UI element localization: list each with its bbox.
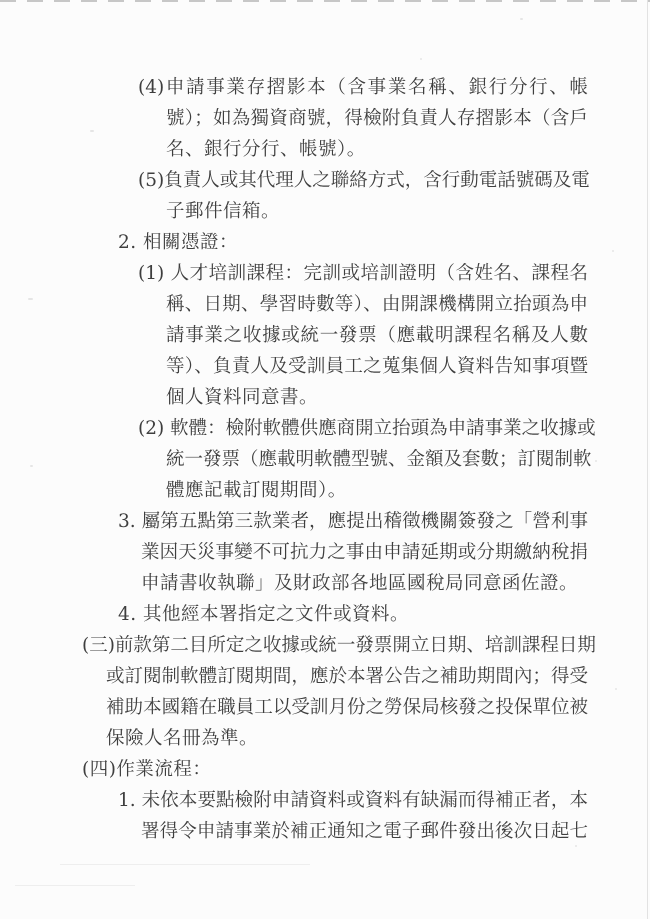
scan-speck bbox=[575, 845, 577, 847]
text-line: 4. 其他經本署指定之文件或資料。 bbox=[118, 599, 588, 630]
scan-speck bbox=[520, 18, 523, 20]
scan-speck bbox=[595, 460, 597, 462]
text-line: 等）、負責人及受訓員工之蒐集個人資料告知事項暨 bbox=[166, 351, 588, 382]
text-line: 補助本國籍在職員工以受訓月份之勞保局核發之投保單位被 bbox=[106, 692, 588, 723]
text-line: (1) 人才培訓課程：完訓或培訓證明（含姓名、課程名 bbox=[138, 258, 588, 289]
text-line: (三)前款第二目所定之收據或統一發票開立日期、培訓課程日期 bbox=[82, 630, 588, 661]
scan-speck bbox=[90, 130, 94, 132]
scan-speck bbox=[612, 250, 614, 252]
scanned-document-page: (4)申請事業存摺影本（含事業名稱、銀行分行、帳 號）；如為獨資商號，得檢附負責… bbox=[0, 0, 650, 919]
text-line: 署得令申請事業於補正通知之電子郵件發出後次日起七 bbox=[141, 816, 588, 847]
text-line: 業因天災事變不可抗力之事由申請延期或分期繳納稅捐 bbox=[141, 537, 588, 568]
text-line: 2. 相關憑證： bbox=[118, 227, 588, 258]
text-line: 統一發票（應載明軟體型號、金額及套數；訂閱制軟 bbox=[166, 444, 588, 475]
text-line: 稱、日期、學習時數等）、由開課機構開立抬頭為申 bbox=[166, 289, 588, 320]
text-line: 體應記載訂閱期間）。 bbox=[166, 475, 588, 506]
text-line: 1. 未依本要點檢附申請資料或資料有缺漏而得補正者，本 bbox=[118, 785, 588, 816]
text-line: 或訂閱制軟體訂閱期間，應於本署公告之補助期間內；得受 bbox=[106, 661, 588, 692]
text-line: 請事業之收據或統一發票（應載明課程名稱及人數 bbox=[166, 320, 588, 351]
scan-speck bbox=[420, 58, 422, 60]
text-line: 申請書收執聯」及財政部各地區國稅局同意函佐證。 bbox=[141, 568, 588, 599]
text-line: (5)負責人或其代理人之聯絡方式，含行動電話號碼及電 bbox=[138, 165, 588, 196]
text-line: 保險人名冊為準。 bbox=[106, 723, 588, 754]
text-line: 3. 屬第五點第三款業者，應提出稽徵機關簽發之「營利事 bbox=[118, 506, 588, 537]
document-body: (4)申請事業存摺影本（含事業名稱、銀行分行、帳 號）；如為獨資商號，得檢附負責… bbox=[0, 72, 650, 847]
text-line: 號）；如為獨資商號，得檢附負責人存摺影本（含戶 bbox=[166, 103, 588, 134]
scan-streak bbox=[60, 864, 310, 865]
scan-artifact-top-line bbox=[0, 0, 650, 2]
text-line: 子郵件信箱。 bbox=[166, 196, 588, 227]
text-line: 名、銀行分行、帳號）。 bbox=[166, 134, 588, 165]
text-line: (4)申請事業存摺影本（含事業名稱、銀行分行、帳 bbox=[138, 72, 588, 103]
scan-streak bbox=[15, 885, 135, 886]
text-line: 個人資料同意書。 bbox=[166, 382, 588, 413]
scan-speck bbox=[30, 465, 33, 467]
text-line: (四)作業流程： bbox=[82, 754, 588, 785]
scan-speck bbox=[615, 688, 617, 690]
scan-speck bbox=[28, 298, 33, 300]
text-line: (2) 軟體：檢附軟體供應商開立抬頭為申請事業之收據或 bbox=[138, 413, 588, 444]
